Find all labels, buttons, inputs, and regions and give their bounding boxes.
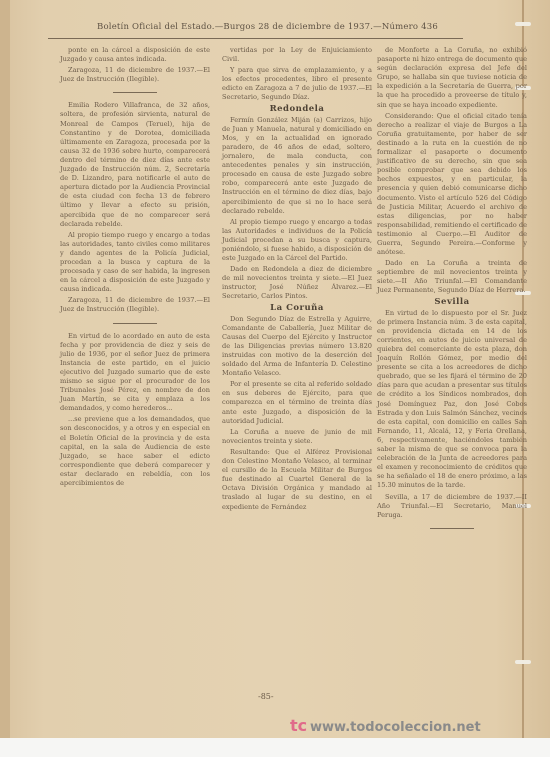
paragraph: Dado en Redondela a diez de diciembre de… [222,265,372,301]
todocoleccion-logo-icon: tc [290,716,306,736]
paragraph: Zaragoza, 11 de diciembre de 1937.—El Ju… [60,66,210,84]
paragraph: ...se previene que a los demandados, que… [60,415,210,488]
column-2: vertidas por la Ley de Enjuiciamiento Ci… [222,46,372,514]
paragraph: Emilia Rodero Villafranca, de 32 años, s… [60,101,210,228]
paragraph: Por el presente se cita al referido sold… [222,380,372,425]
paragraph: ponte en la cárcel a disposición de este… [60,46,210,64]
section-heading: Sevilla [377,298,527,307]
paragraph: Considerando: Que el oficial citado tení… [377,112,527,258]
paragraph: En virtud de lo dispuesto por el Sr. Jue… [377,309,527,491]
staple-mark [515,22,531,26]
paragraph: Sevilla, a 17 de diciembre de 1937.—II A… [377,493,527,520]
paragraph: Y para que sirva de emplazamiento, y a l… [222,66,372,102]
paragraph: Don Segundo Díaz de Estrella y Aguirre, … [222,315,372,379]
section-heading: La Coruña [222,304,372,313]
paragraph: Al propio tiempo ruego y encargo a todas… [222,218,372,263]
column-1: ponte en la cárcel a disposición de este… [60,46,210,490]
newspaper-page: Boletín Oficial del Estado.—Burgos 28 de… [0,0,550,738]
page-edge [0,0,10,738]
paragraph: Fermín González Miján (a) Carrizos, hijo… [222,116,372,216]
watermark-text: www.todocoleccion.net [310,720,481,735]
column-3: de Monforte a La Coruña, no exhibió pasa… [377,46,527,537]
separator-rule [113,92,157,93]
page-header: Boletín Oficial del Estado.—Burgos 28 de… [70,22,465,32]
paragraph: vertidas por la Ley de Enjuiciamiento Ci… [222,46,372,64]
paragraph: En virtud de lo acordado en auto de esta… [60,332,210,414]
paragraph: Al propio tiempo ruego y encargo a todas… [60,231,210,295]
separator-rule [113,323,157,324]
paragraph: Resultando: Que el Alférez Provisional d… [222,448,372,512]
separator-rule [430,528,474,529]
paragraph: La Coruña a nueve de junio de mil noveci… [222,428,372,446]
staple-mark [515,660,531,664]
header-rule [48,38,463,39]
paragraph: de Monforte a La Coruña, no exhibió pasa… [377,46,527,110]
section-heading: Redondela [222,105,372,114]
paragraph: Zaragoza, 11 de diciembre de 1937.—El Ju… [60,296,210,314]
footer-strip [0,738,550,757]
page-number: -85- [258,692,274,701]
paragraph: Dado en La Coruña a treinta de septiembr… [377,259,527,295]
